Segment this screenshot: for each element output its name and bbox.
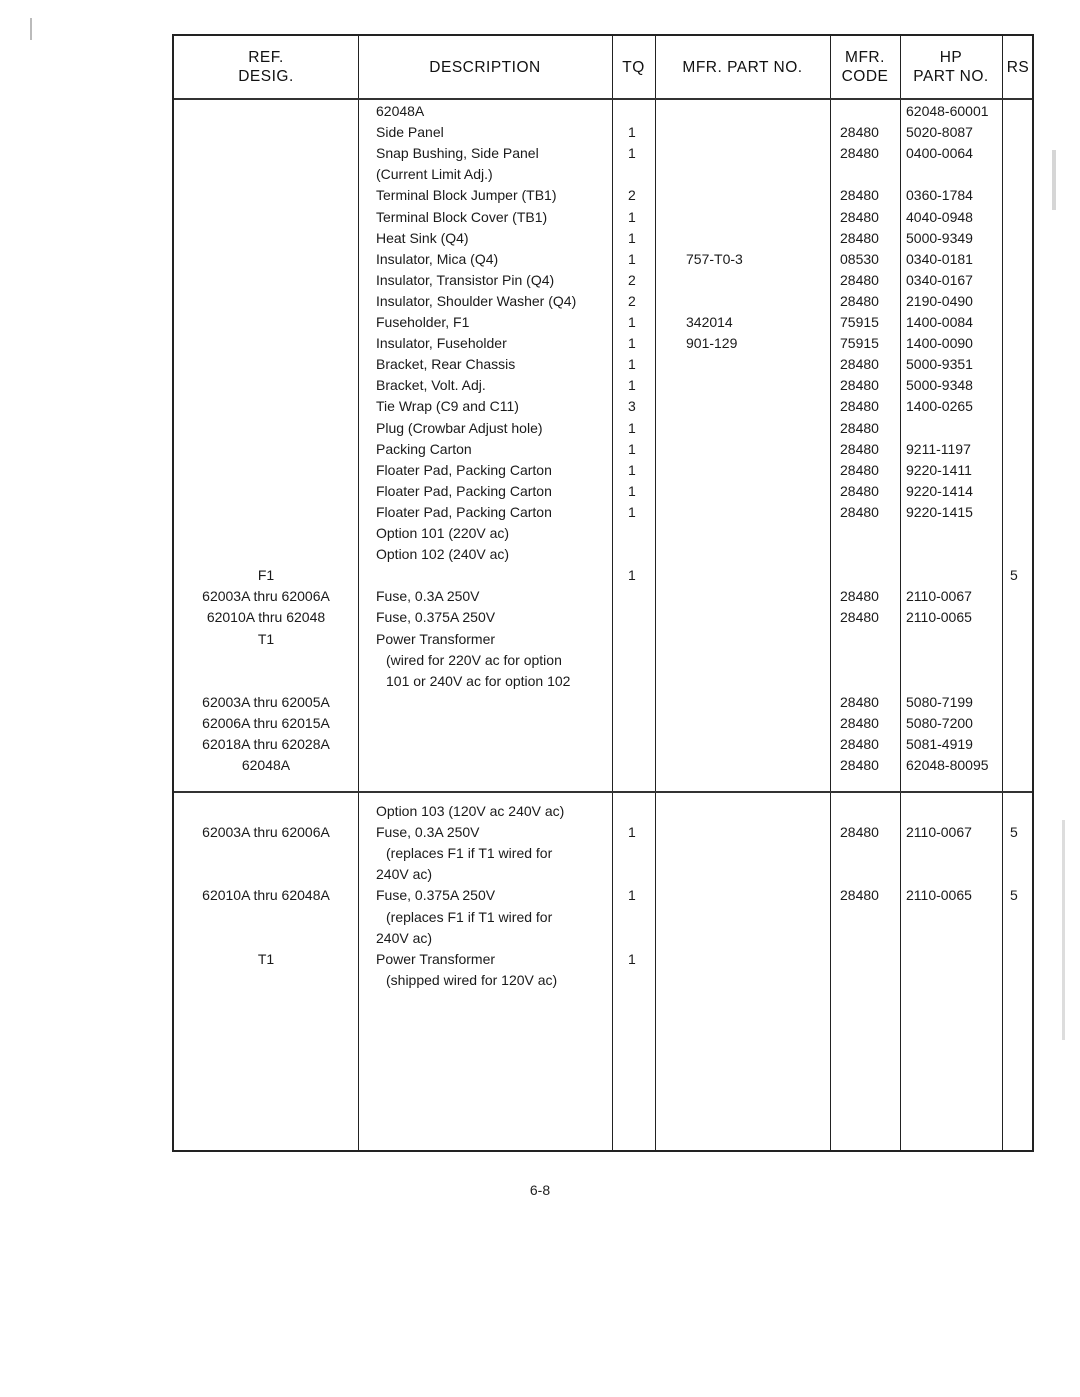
description-cell: (replaces F1 if T1 wired for [386, 907, 552, 928]
tq-cell: 1 [628, 122, 636, 143]
mfr-code-cell: 75915 [840, 333, 879, 354]
table-row: Heat Sink (Q4)1284805000-9349 [174, 228, 1032, 249]
mfr-code-cell: 28480 [840, 755, 879, 776]
mfr-code-cell: 28480 [840, 586, 879, 607]
scan-artifact [1052, 150, 1056, 210]
ref-desig-cell: 62010A thru 62048 [174, 607, 358, 628]
header-mfr-code-line2: CODE [842, 67, 889, 86]
header-tq-text: TQ [622, 58, 645, 77]
mfr-part-no-cell: 757-T0-3 [686, 249, 743, 270]
ref-desig-cell: 62006A thru 62015A [174, 713, 358, 734]
hp-part-no-cell: 2110-0065 [906, 607, 972, 628]
mfr-code-cell: 28480 [840, 822, 879, 843]
mfr-code-cell: 28480 [840, 885, 879, 906]
ref-desig-cell: 62010A thru 62048A [174, 885, 358, 906]
tq-cell: 1 [628, 565, 636, 586]
table-row: 62003A thru 62005A284805080-7199 [174, 692, 1032, 713]
tq-cell: 1 [628, 354, 636, 375]
description-cell: Insulator, Shoulder Washer (Q4) [376, 291, 576, 312]
hp-part-no-cell: 1400-0090 [906, 333, 973, 354]
table-row: 240V ac) [174, 864, 1032, 885]
mfr-code-cell: 28480 [840, 607, 879, 628]
tq-cell: 1 [628, 949, 636, 970]
tq-cell: 1 [628, 439, 636, 460]
table-row: Terminal Block Jumper (TB1)2284800360-17… [174, 185, 1032, 206]
description-cell: Fuse, 0.375A 250V [376, 885, 495, 906]
description-cell: Bracket, Volt. Adj. [376, 375, 486, 396]
table-row: 62048A62048-60001 [174, 101, 1032, 122]
tq-cell: 1 [628, 143, 636, 164]
tq-cell: 1 [628, 418, 636, 439]
tq-cell: 1 [628, 460, 636, 481]
table-row: (replaces F1 if T1 wired for [174, 907, 1032, 928]
table-row: Floater Pad, Packing Carton1284809220-14… [174, 460, 1032, 481]
header-rs-text: RS [1007, 58, 1030, 77]
table-row: Packing Carton1284809211-1197 [174, 439, 1032, 460]
hp-part-no-cell: 5000-9351 [906, 354, 973, 375]
table-row: Insulator, Fuseholder1901-129759151400-0… [174, 333, 1032, 354]
table-row: F115 [174, 565, 1032, 586]
header-hp-part-no: HP PART NO. [900, 36, 1002, 98]
header-ref-line2: DESIG. [238, 67, 294, 86]
mfr-code-cell: 28480 [840, 439, 879, 460]
table-row: Option 102 (240V ac) [174, 544, 1032, 565]
header-mfr-code-line1: MFR. [845, 48, 885, 67]
table-row: 62010A thru 62048Fuse, 0.375A 250V284802… [174, 607, 1032, 628]
header-rule [174, 98, 1032, 100]
description-cell: (shipped wired for 120V ac) [386, 970, 557, 991]
hp-part-no-cell: 9220-1414 [906, 481, 973, 502]
tq-cell: 2 [628, 185, 636, 206]
tq-cell: 1 [628, 885, 636, 906]
header-hp-line2: PART NO. [913, 67, 989, 86]
hp-part-no-cell: 9211-1197 [906, 439, 971, 460]
hp-part-no-cell: 4040-0948 [906, 207, 973, 228]
description-cell: 101 or 240V ac for option 102 [386, 671, 570, 692]
ref-desig-cell: T1 [174, 949, 358, 970]
section-rule [174, 791, 1032, 793]
description-cell: (wired for 220V ac for option [386, 650, 562, 671]
header-description: DESCRIPTION [358, 36, 612, 98]
mfr-code-cell: 28480 [840, 207, 879, 228]
description-cell: Floater Pad, Packing Carton [376, 481, 552, 502]
table-row: (wired for 220V ac for option [174, 650, 1032, 671]
description-cell: Floater Pad, Packing Carton [376, 460, 552, 481]
table-row: Snap Bushing, Side Panel1284800400-0064 [174, 143, 1032, 164]
hp-part-no-cell: 1400-0265 [906, 396, 973, 417]
description-cell: Tie Wrap (C9 and C11) [376, 396, 519, 417]
mfr-part-no-cell: 901-129 [686, 333, 737, 354]
ref-desig-cell: 62018A thru 62028A [174, 734, 358, 755]
table-row: 62018A thru 62028A284805081-4919 [174, 734, 1032, 755]
mfr-code-cell: 28480 [840, 692, 879, 713]
mfr-code-cell: 28480 [840, 354, 879, 375]
mfr-code-cell: 28480 [840, 460, 879, 481]
table-row: 62006A thru 62015A284805080-7200 [174, 713, 1032, 734]
hp-part-no-cell: 62048-80095 [906, 755, 989, 776]
mfr-part-no-cell: 342014 [686, 312, 733, 333]
description-cell: Option 102 (240V ac) [376, 544, 509, 565]
description-cell: Packing Carton [376, 439, 472, 460]
parts-list-table: REF. DESIG. DESCRIPTION TQ MFR. PART NO.… [172, 34, 1034, 1152]
table-row: 62048A2848062048-80095 [174, 755, 1032, 776]
table-row: Insulator, Transistor Pin (Q4)2284800340… [174, 270, 1032, 291]
table-row: Side Panel1284805020-8087 [174, 122, 1032, 143]
mfr-code-cell: 08530 [840, 249, 879, 270]
table-row: (replaces F1 if T1 wired for [174, 843, 1032, 864]
header-ref-line1: REF. [248, 48, 284, 67]
header-tq: TQ [612, 36, 655, 98]
description-cell: 240V ac) [376, 864, 432, 885]
scan-artifact [1062, 820, 1065, 1040]
mfr-code-cell: 28480 [840, 713, 879, 734]
description-cell: Option 101 (220V ac) [376, 523, 509, 544]
hp-part-no-cell: 5000-9349 [906, 228, 973, 249]
description-cell: 62048A [376, 101, 424, 122]
description-cell: Power Transformer [376, 629, 495, 650]
hp-part-no-cell: 1400-0084 [906, 312, 973, 333]
table-row: 101 or 240V ac for option 102 [174, 671, 1032, 692]
hp-part-no-cell: 5080-7200 [906, 713, 973, 734]
description-cell: Side Panel [376, 122, 444, 143]
tq-cell: 1 [628, 502, 636, 523]
mfr-code-cell: 28480 [840, 291, 879, 312]
mfr-code-cell: 28480 [840, 122, 879, 143]
description-cell: Snap Bushing, Side Panel [376, 143, 539, 164]
description-cell: Heat Sink (Q4) [376, 228, 469, 249]
tq-cell: 1 [628, 822, 636, 843]
table-row: Bracket, Rear Chassis1284805000-9351 [174, 354, 1032, 375]
header-hp-line1: HP [940, 48, 963, 67]
mfr-code-cell: 28480 [840, 481, 879, 502]
tq-cell: 1 [628, 312, 636, 333]
description-cell: Insulator, Transistor Pin (Q4) [376, 270, 554, 291]
mfr-code-cell: 28480 [840, 185, 879, 206]
table-row: 62003A thru 62006AFuse, 0.3A 250V2848021… [174, 586, 1032, 607]
table-row: Tie Wrap (C9 and C11)3284801400-0265 [174, 396, 1032, 417]
hp-part-no-cell: 0400-0064 [906, 143, 973, 164]
header-mfr-part-no-text: MFR. PART NO. [682, 58, 802, 77]
ref-desig-cell: 62048A [174, 755, 358, 776]
table-row: (shipped wired for 120V ac) [174, 970, 1032, 991]
page-number: 6-8 [0, 1182, 1080, 1198]
table-row: 240V ac) [174, 928, 1032, 949]
description-cell: Fuse, 0.3A 250V [376, 586, 480, 607]
description-cell: Terminal Block Cover (TB1) [376, 207, 547, 228]
table-row: Plug (Crowbar Adjust hole)128480 [174, 418, 1032, 439]
hp-part-no-cell: 0340-0167 [906, 270, 973, 291]
header-rs: RS [1002, 36, 1034, 98]
ref-desig-cell: 62003A thru 62006A [174, 822, 358, 843]
mfr-code-cell: 28480 [840, 502, 879, 523]
tq-cell: 1 [628, 228, 636, 249]
header-mfr-code: MFR. CODE [830, 36, 900, 98]
tq-cell: 2 [628, 291, 636, 312]
ref-desig-cell: 62003A thru 62005A [174, 692, 358, 713]
table-row: 62010A thru 62048AFuse, 0.375A 250V12848… [174, 885, 1032, 906]
table-row: Fuseholder, F11342014759151400-0084 [174, 312, 1032, 333]
hp-part-no-cell: 5020-8087 [906, 122, 973, 143]
tq-cell: 1 [628, 375, 636, 396]
hp-part-no-cell: 0360-1784 [906, 185, 973, 206]
table-row: Floater Pad, Packing Carton1284809220-14… [174, 481, 1032, 502]
hp-part-no-cell: 0340-0181 [906, 249, 973, 270]
mfr-code-cell: 28480 [840, 375, 879, 396]
hp-part-no-cell: 2110-0065 [906, 885, 972, 906]
table-row: Floater Pad, Packing Carton1284809220-14… [174, 502, 1032, 523]
header-description-text: DESCRIPTION [429, 58, 540, 77]
hp-part-no-cell: 9220-1415 [906, 502, 973, 523]
table-row: 62003A thru 62006AFuse, 0.3A 250V1284802… [174, 822, 1032, 843]
rs-cell: 5 [1010, 822, 1018, 843]
tq-cell: 1 [628, 333, 636, 354]
description-cell: (Current Limit Adj.) [376, 164, 493, 185]
header-ref-desig: REF. DESIG. [174, 36, 358, 98]
description-cell: Plug (Crowbar Adjust hole) [376, 418, 543, 439]
mfr-code-cell: 28480 [840, 228, 879, 249]
table-row: Option 101 (220V ac) [174, 523, 1032, 544]
description-cell: Fuse, 0.3A 250V [376, 822, 480, 843]
rs-cell: 5 [1010, 885, 1018, 906]
table-row: Option 103 (120V ac 240V ac) [174, 801, 1032, 822]
hp-part-no-cell: 2110-0067 [906, 822, 972, 843]
hp-part-no-cell: 2190-0490 [906, 291, 973, 312]
description-cell: Fuseholder, F1 [376, 312, 469, 333]
hp-part-no-cell: 2110-0067 [906, 586, 972, 607]
description-cell: Floater Pad, Packing Carton [376, 502, 552, 523]
mfr-code-cell: 28480 [840, 418, 879, 439]
hp-part-no-cell: 9220-1411 [906, 460, 972, 481]
description-cell: Bracket, Rear Chassis [376, 354, 515, 375]
ref-desig-cell: 62003A thru 62006A [174, 586, 358, 607]
hp-part-no-cell: 5081-4919 [906, 734, 973, 755]
tq-cell: 1 [628, 207, 636, 228]
hp-part-no-cell: 62048-60001 [906, 101, 989, 122]
mfr-code-cell: 28480 [840, 270, 879, 291]
tq-cell: 3 [628, 396, 636, 417]
hp-part-no-cell: 5000-9348 [906, 375, 973, 396]
mfr-code-cell: 28480 [840, 396, 879, 417]
description-cell: Insulator, Mica (Q4) [376, 249, 498, 270]
table-row: Bracket, Volt. Adj.1284805000-9348 [174, 375, 1032, 396]
description-cell: Option 103 (120V ac 240V ac) [376, 801, 564, 822]
tq-cell: 1 [628, 249, 636, 270]
ref-desig-cell: F1 [174, 565, 358, 586]
mfr-code-cell: 28480 [840, 734, 879, 755]
hp-part-no-cell: 5080-7199 [906, 692, 973, 713]
table-row: (Current Limit Adj.) [174, 164, 1032, 185]
description-cell: Insulator, Fuseholder [376, 333, 507, 354]
table-row: T1Power Transformer1 [174, 949, 1032, 970]
table-row: Insulator, Shoulder Washer (Q4)228480219… [174, 291, 1032, 312]
table-row: T1Power Transformer [174, 629, 1032, 650]
description-cell: 240V ac) [376, 928, 432, 949]
header-mfr-part-no: MFR. PART NO. [655, 36, 830, 98]
description-cell: (replaces F1 if T1 wired for [386, 843, 552, 864]
table-row: Insulator, Mica (Q4)1757-T0-3085300340-0… [174, 249, 1032, 270]
rs-cell: 5 [1010, 565, 1018, 586]
description-cell: Power Transformer [376, 949, 495, 970]
description-cell: Terminal Block Jumper (TB1) [376, 185, 557, 206]
ref-desig-cell: T1 [174, 629, 358, 650]
description-cell: Fuse, 0.375A 250V [376, 607, 495, 628]
mfr-code-cell: 28480 [840, 143, 879, 164]
table-row: Terminal Block Cover (TB1)1284804040-094… [174, 207, 1032, 228]
tq-cell: 2 [628, 270, 636, 291]
mfr-code-cell: 75915 [840, 312, 879, 333]
scan-artifact [30, 18, 32, 40]
tq-cell: 1 [628, 481, 636, 502]
